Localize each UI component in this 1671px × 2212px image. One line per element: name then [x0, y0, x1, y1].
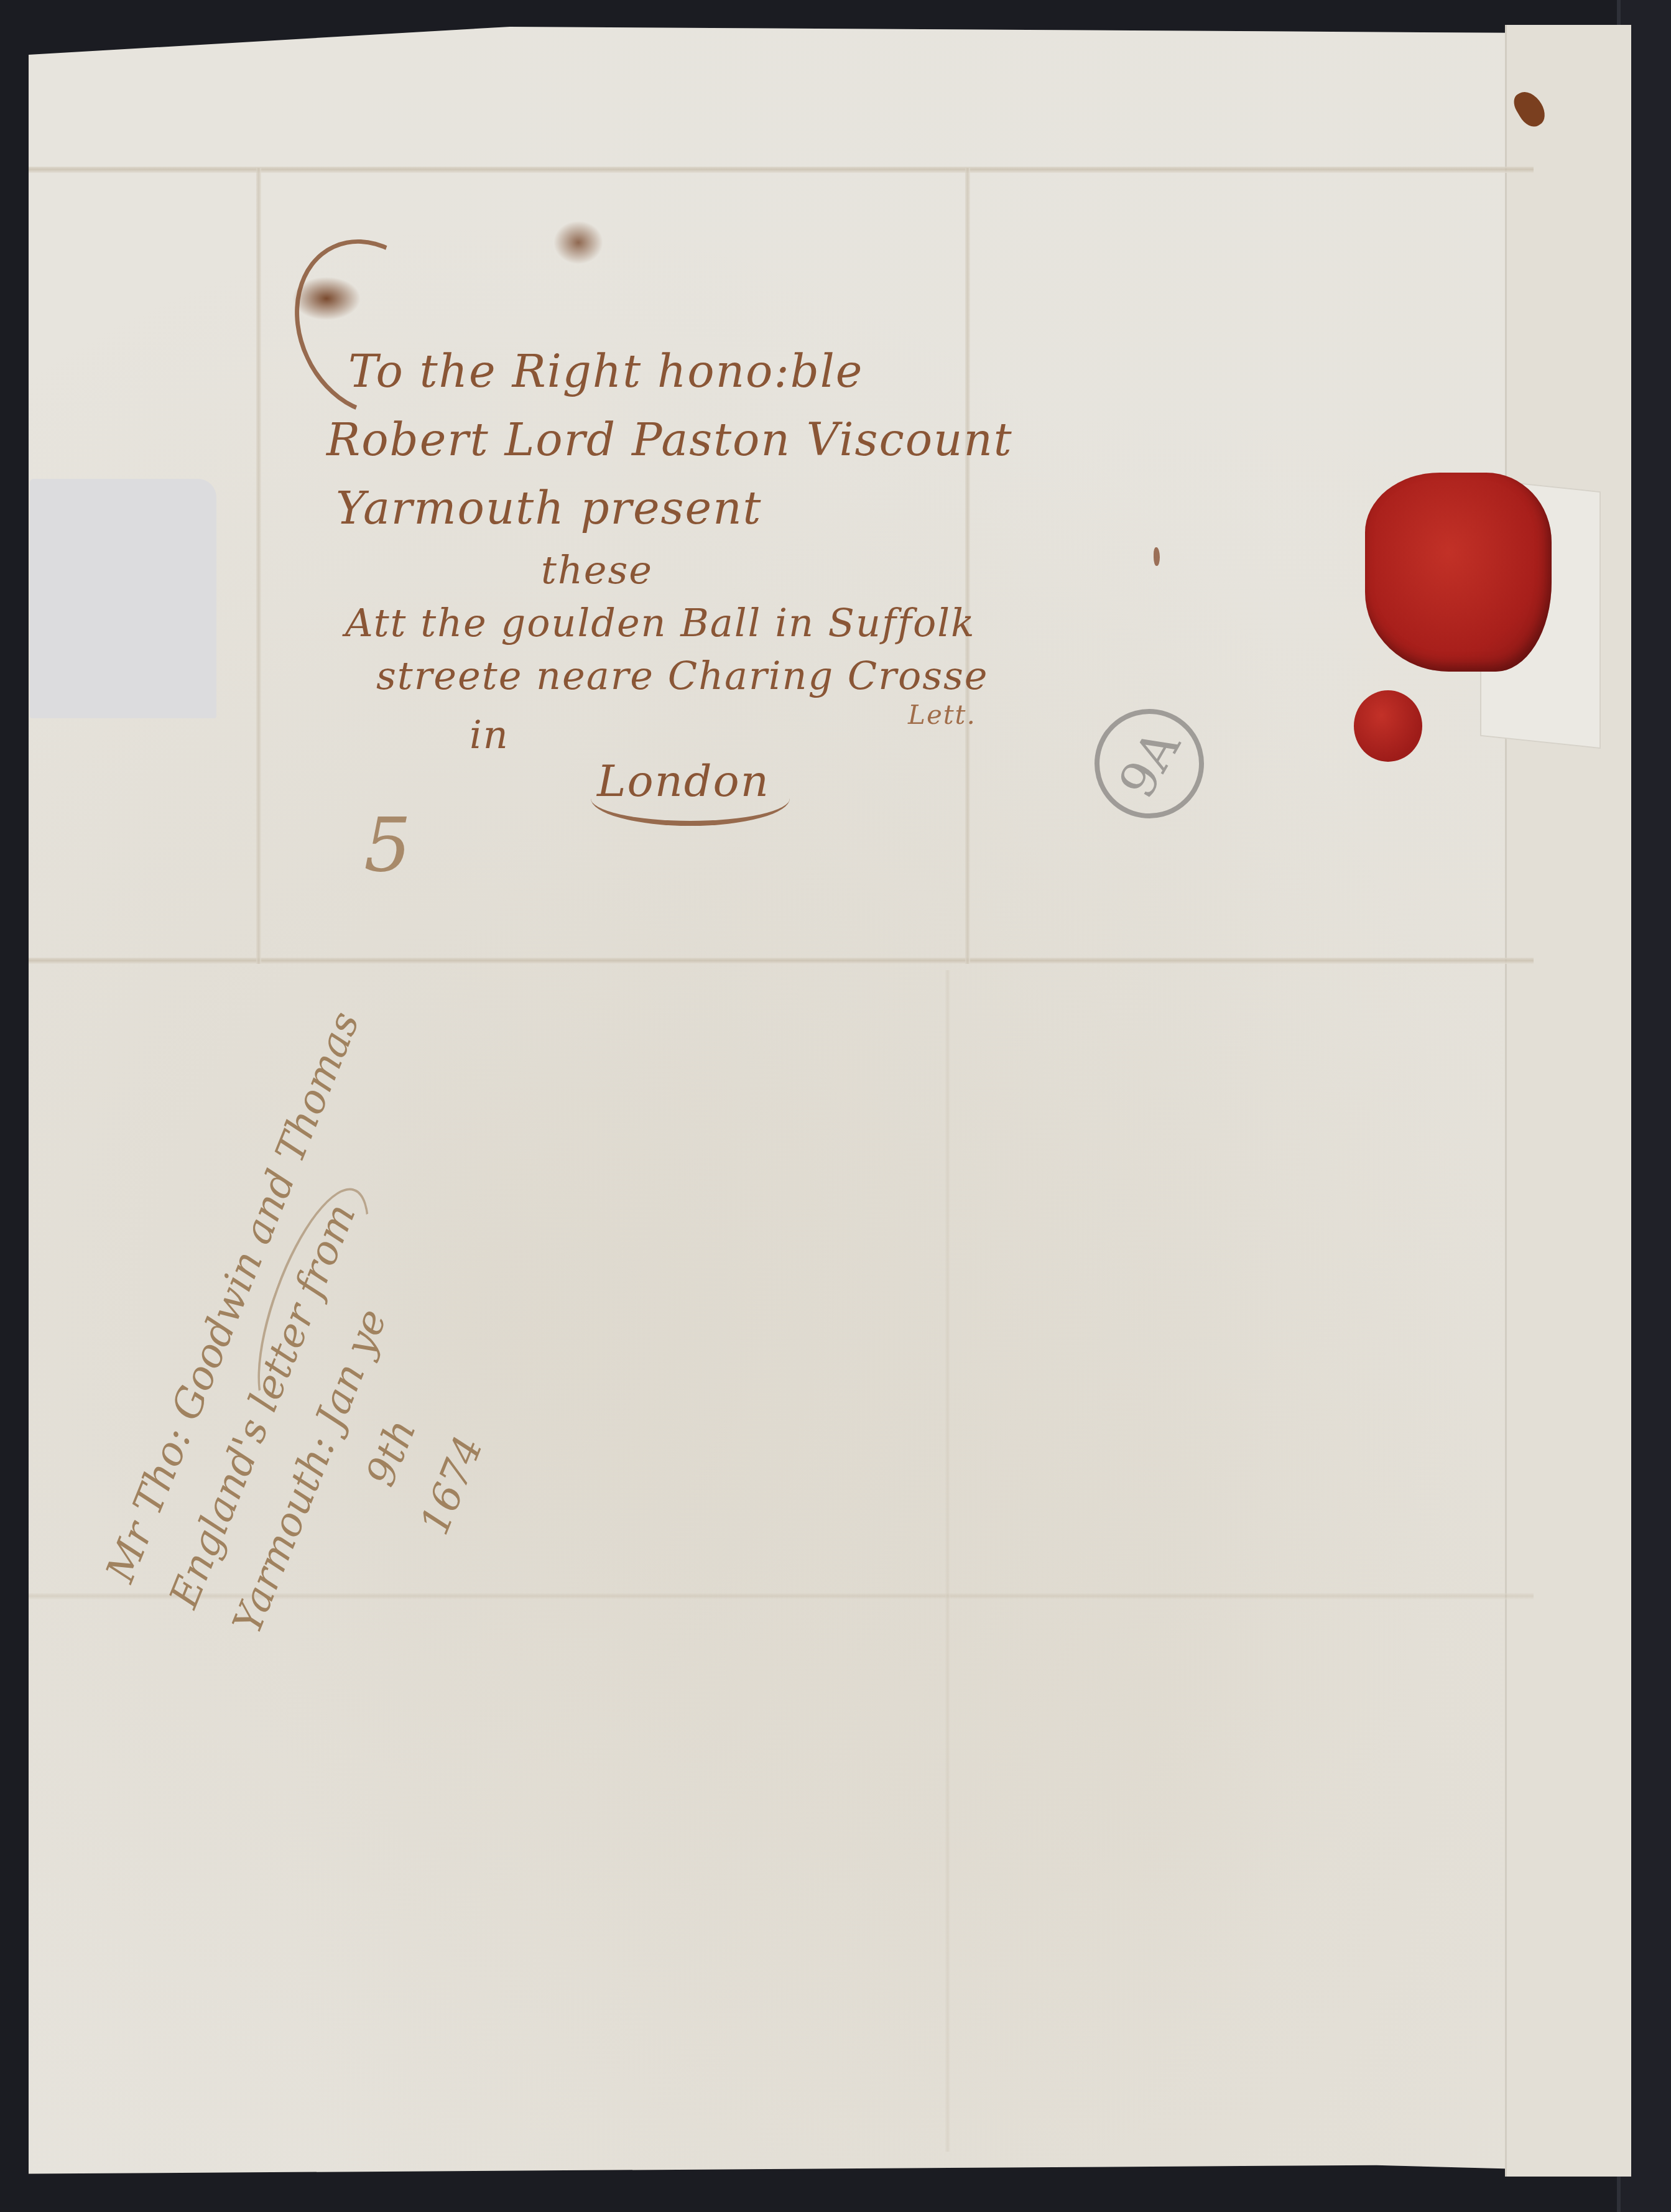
fold-line-middle [29, 958, 1534, 964]
ink-blot-top [553, 221, 603, 264]
address-line-3: Yarmouth present [336, 482, 762, 534]
fold-line-center-lower [945, 970, 950, 2152]
letter-annotation: Lett. [908, 700, 976, 730]
postmark-text: 9A [1108, 720, 1192, 808]
repair-tape [30, 479, 216, 718]
address-line-6: streete neare Charing Crosse [376, 653, 989, 698]
flourish-london [591, 771, 790, 826]
fold-line-center [965, 168, 970, 964]
address-line-2: Robert Lord Paston Viscount [326, 414, 1013, 466]
address-line-1: To the Right hono:ble [348, 345, 863, 397]
fold-line-top [29, 167, 1534, 173]
wax-seal [1365, 473, 1552, 672]
fold-line-left [256, 168, 261, 964]
mark-five: 5 [364, 802, 412, 889]
ink-blot [292, 277, 361, 320]
wax-seal-drop [1354, 690, 1422, 762]
address-line-5: Att the goulden Ball in Suffolk [345, 600, 976, 646]
address-line-7: in [470, 712, 509, 757]
ink-speck [1154, 547, 1160, 566]
address-line-4: these [541, 547, 653, 593]
letter-fold-flap [1505, 25, 1631, 2177]
